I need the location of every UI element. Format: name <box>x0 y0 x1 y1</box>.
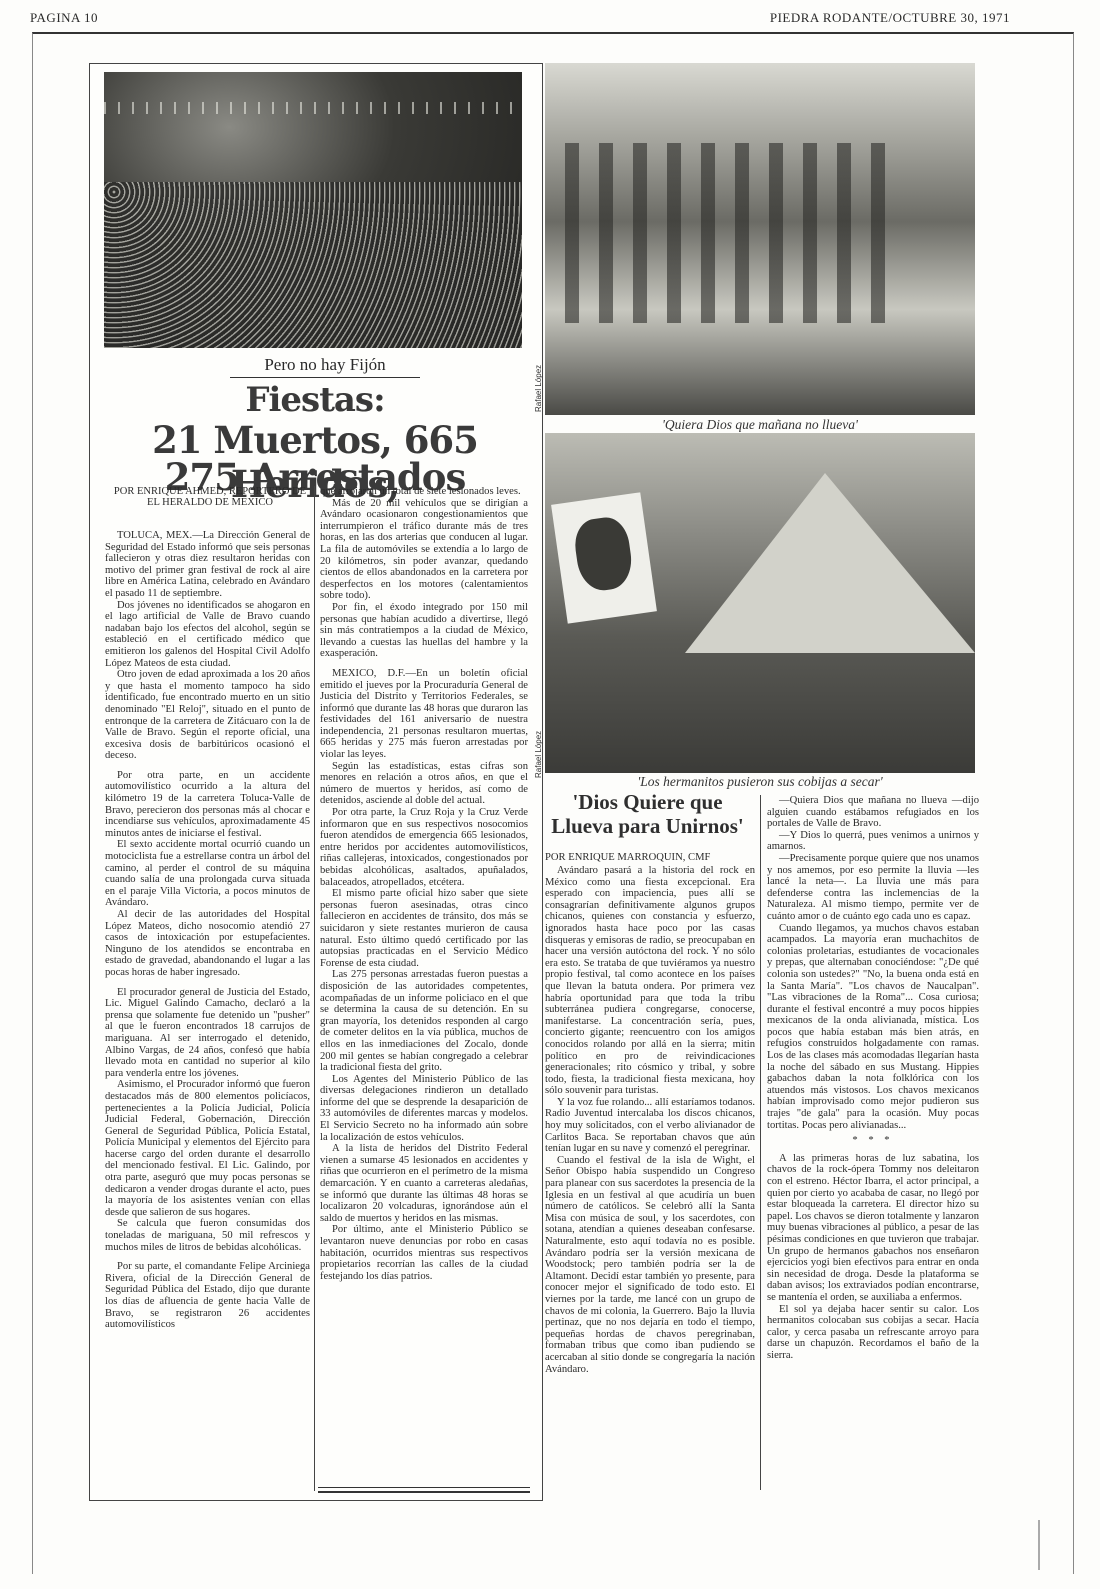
che-poster <box>551 492 657 623</box>
publication-date: PIEDRA RODANTE/OCTUBRE 30, 1971 <box>770 10 1010 26</box>
paragraph: Cuando el festival de la isla de Wight, … <box>545 1155 755 1375</box>
paragraph: —Precisamente porque quiere que nos unam… <box>767 853 979 923</box>
paragraph: Los Agentes del Ministerio Público de la… <box>320 1074 528 1144</box>
column-divider <box>314 486 315 1491</box>
photo-caption: 'Los hermanitos pusieron sus cobijas a s… <box>545 774 975 790</box>
paragraph: Cuando llegamos, ya muchos chavos estaba… <box>767 923 979 1132</box>
paragraph: TOLUCA, MEX.—La Dirección General de Seg… <box>105 530 310 600</box>
walkers-silhouettes <box>565 143 895 323</box>
byline: POR ENRIQUE AHMED, REPORTERO DE EL HERAL… <box>110 486 310 508</box>
paragraph: —Quiera Dios que mañana no llueva —dijo … <box>767 795 979 830</box>
article2-column-2: —Quiera Dios que mañana no llueva —dijo … <box>767 795 979 1362</box>
photo-caption: 'Quiera Dios que mañana no llueva' <box>545 417 975 433</box>
paragraph: El mismo parte oficial hizo saber que si… <box>320 888 528 969</box>
article2-headline: 'Dios Quiere que Llueva para Unirnos' <box>545 790 750 838</box>
article2-column-1: Avándaro pasará a la historia del rock e… <box>545 865 755 1375</box>
paragraph: Avándaro pasará a la historia del rock e… <box>545 865 755 1097</box>
paragraph: Asimismo, el Procurador informó que fuer… <box>105 1079 310 1218</box>
photo-credit: Rafael López <box>534 365 543 412</box>
photo-credit: Rafael López <box>534 731 543 778</box>
photo-crowd-night <box>104 72 522 348</box>
paragraph: Y la voz fue rolando... allí estaríamos … <box>545 1097 755 1155</box>
paragraph: Por otra parte, la Cruz Roja y la Cruz V… <box>320 807 528 888</box>
paragraph: —Y Dios lo querrá, pues venimos a unirno… <box>767 830 979 853</box>
headline-line-1: Fiestas: <box>100 380 530 420</box>
paragraph: Las 275 personas arrestadas fueron puest… <box>320 969 528 1073</box>
paragraph: A las primeras horas de luz sabatina, lo… <box>767 1153 979 1304</box>
photo-tents <box>545 433 975 773</box>
paragraph: Por fin, el éxodo integrado por 150 mil … <box>320 602 528 660</box>
article-kicker: Pero no hay Fijón <box>230 355 420 378</box>
page-number: PAGINA 10 <box>30 10 98 26</box>
paragraph: que arrojaron un total de siete lesionad… <box>320 486 528 498</box>
column-divider <box>760 795 761 1490</box>
paragraph: El sol ya dejaba hacer sentir su calor. … <box>767 1304 979 1362</box>
che-face <box>572 515 635 594</box>
stage-lights <box>104 102 522 114</box>
paragraph: El procurador general de Justicia del Es… <box>105 987 310 1080</box>
paragraph: Otro joven de edad aproximada a los 20 a… <box>105 669 310 762</box>
paragraph: Más de 20 mil vehículos que se dirigían … <box>320 498 528 602</box>
section-separator: * * * <box>767 1135 979 1147</box>
paragraph: Según las estadísticas, estas cifras son… <box>320 761 528 807</box>
scan-edge-mark <box>1038 1520 1040 1570</box>
article1-column-2: que arrojaron un total de siete lesionad… <box>320 486 528 1282</box>
paragraph: El sexto accidente mortal ocurrió cuando… <box>105 839 310 909</box>
paragraph: A la lista de heridos del Distrito Feder… <box>320 1143 528 1224</box>
end-rule <box>318 1487 530 1493</box>
paragraph: Por otra parte, en un accidente automovi… <box>105 770 310 840</box>
paragraph: Al decir de las autoridades del Hospital… <box>105 909 310 979</box>
paragraph: Por último, ante el Ministerio Público s… <box>320 1224 528 1282</box>
article2-byline: POR ENRIQUE MARROQUIN, CMF <box>545 852 755 863</box>
article1-column-1: TOLUCA, MEX.—La Dirección General de Seg… <box>105 530 310 1331</box>
paragraph: Dos jóvenes no identificados se ahogaron… <box>105 600 310 670</box>
paragraph: Se calcula que fueron consumidas dos ton… <box>105 1218 310 1253</box>
photo-rain-walkers <box>545 63 975 415</box>
tent-shape <box>685 473 975 653</box>
paragraph: MEXICO, D.F.—En un boletín oficial emiti… <box>320 668 528 761</box>
page-header: PAGINA 10 PIEDRA RODANTE/OCTUBRE 30, 197… <box>30 10 1010 28</box>
crowd-texture <box>104 182 522 348</box>
paragraph: Por su parte, el comandante Felipe Arcin… <box>105 1261 310 1331</box>
